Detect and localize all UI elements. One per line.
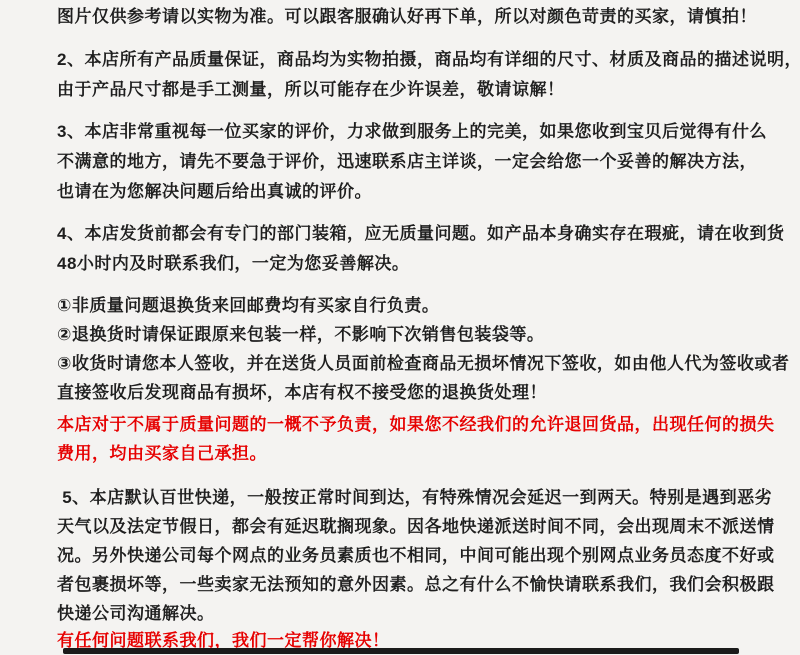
policy-content: 图片仅供参考请以实物为准。可以跟客服确认好再下单，所以对颜色苛责的买家，请慎拍！… xyxy=(0,0,800,650)
feedback-policy-paragraph: 3、本店非常重视每一位买家的评价，力求做到服务上的完美，如果您收到宝贝后觉得有什… xyxy=(57,117,750,207)
bottom-divider-bar xyxy=(63,648,739,654)
packing-policy-paragraph: 4、本店发货前都会有专门的部门装箱，应无质量问题。如产品本身确实存在瑕疵，请在收… xyxy=(57,219,750,279)
return-rules-list: ①非质量问题退换货来回邮费均有买家自行负责。 ②退换货时请保证跟原来包装一样，不… xyxy=(57,291,750,407)
shipping-policy-paragraph: 5、本店默认百世快递，一般按正常时间到达，有特殊情况会延迟一到两天。特别是遇到恶… xyxy=(57,483,750,628)
image-reference-notice: 图片仅供参考请以实物为准。可以跟客服确认好再下单，所以对颜色苛责的买家，请慎拍！ xyxy=(57,2,750,32)
return-warning-text: 本店对于不属于质量问题的一概不予负责，如果您不经我们的允许退回货品，出现任何的损… xyxy=(57,410,750,468)
quality-guarantee-paragraph: 2、本店所有产品质量保证，商品均为实物拍摄，商品均有详细的尺寸、材质及商品的描述… xyxy=(57,45,750,105)
store-policy-page: 图片仅供参考请以实物为准。可以跟客服确认好再下单，所以对颜色苛责的买家，请慎拍！… xyxy=(0,0,800,655)
